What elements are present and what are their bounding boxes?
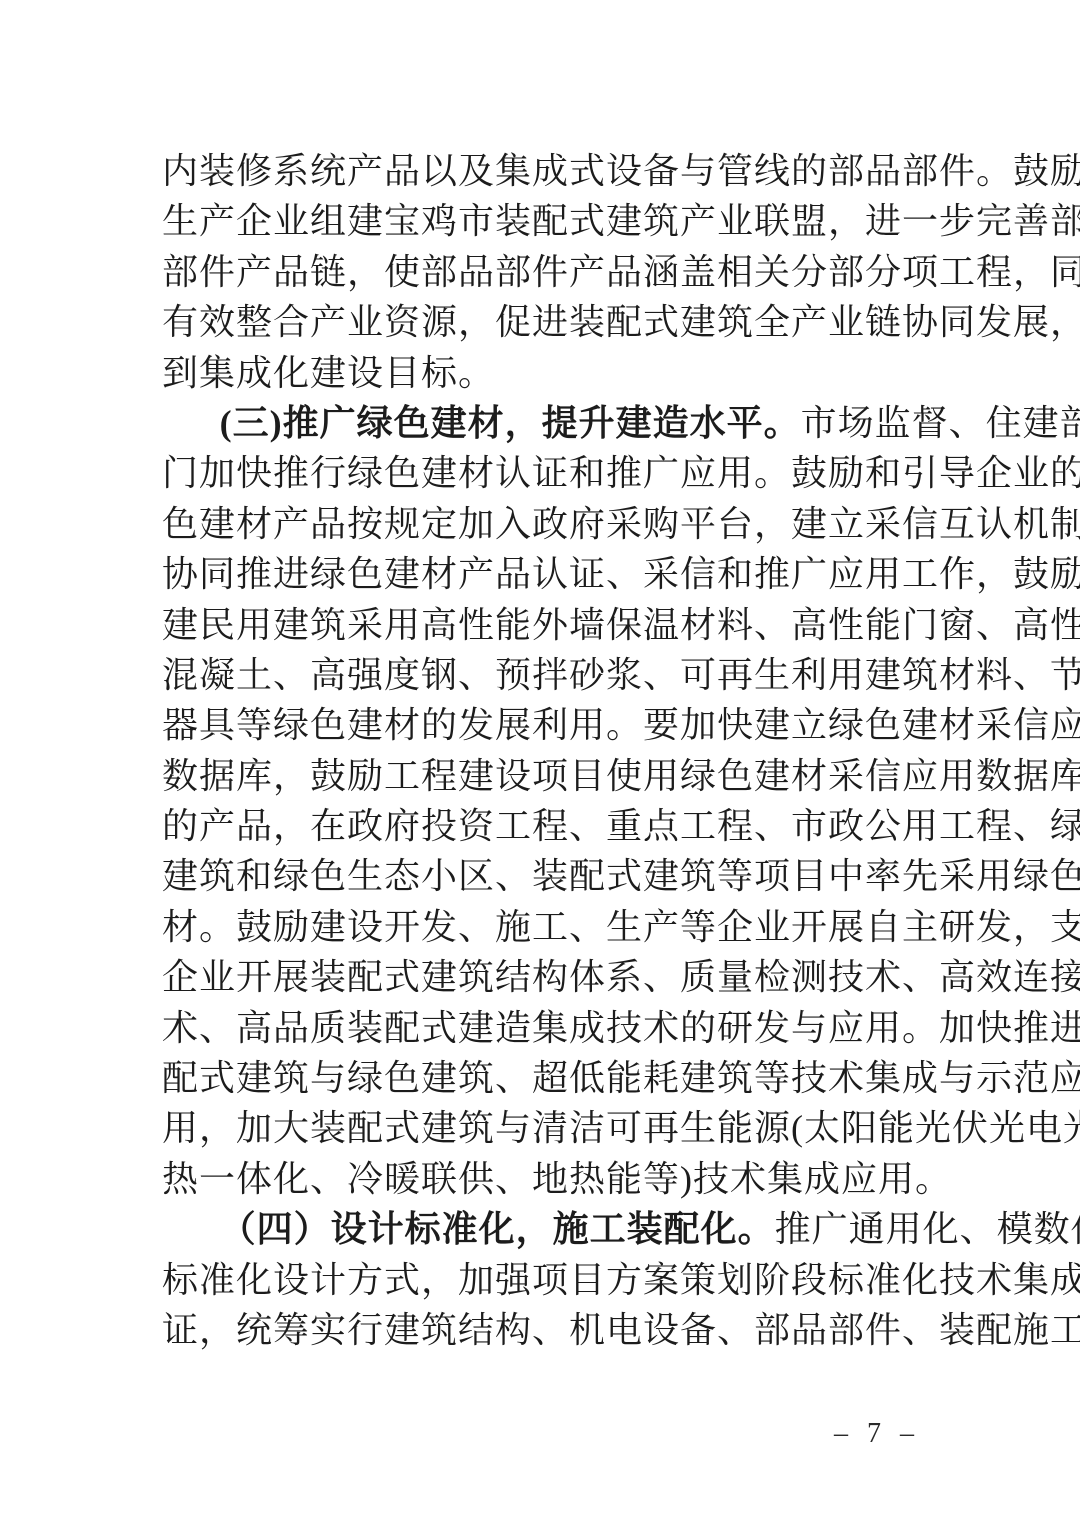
text-line: 生产企业组建宝鸡市装配式建筑产业联盟，进一步完善部品	[162, 196, 910, 246]
body-text: 到集成化建设目标。	[162, 353, 495, 393]
text-line: 到集成化建设目标。	[162, 348, 910, 398]
text-line: 数据库，鼓励工程建设项目使用绿色建材采信应用数据库中	[162, 751, 910, 801]
body-text: 器具等绿色建材的发展利用。要加快建立绿色建材采信应用	[162, 705, 1080, 745]
body-text: 术、高品质装配式建造集成技术的研发与应用。加快推进装	[162, 1008, 1080, 1048]
body-text: 混凝土、高强度钢、预拌砂浆、可再生利用建筑材料、节水	[162, 655, 1080, 695]
body-text: 市场监督、住建部	[801, 403, 1080, 443]
body-text: 标准化设计方式，加强项目方案策划阶段标准化技术集成论	[162, 1260, 1080, 1300]
text-line: 器具等绿色建材的发展利用。要加快建立绿色建材采信应用	[162, 700, 910, 750]
body-text: 配式建筑与绿色建筑、超低能耗建筑等技术集成与示范应	[162, 1058, 1080, 1098]
body-text: 企业开展装配式建筑结构体系、质量检测技术、高效连接技	[162, 957, 1080, 997]
body-text: 部件产品链，使部品部件产品涵盖相关分部分项工程，同时	[162, 252, 1080, 292]
text-line: 的产品，在政府投资工程、重点工程、市政公用工程、绿色	[162, 801, 910, 851]
body-text: 协同推进绿色建材产品认证、采信和推广应用工作，鼓励新	[162, 554, 1080, 594]
text-line: 建筑和绿色生态小区、装配式建筑等项目中率先采用绿色建	[162, 851, 910, 901]
body-text: 色建材产品按规定加入政府采购平台，建立采信互认机制，	[162, 504, 1080, 544]
text-line: 术、高品质装配式建造集成技术的研发与应用。加快推进装	[162, 1003, 910, 1053]
text-line: 有效整合产业资源，促进装配式建筑全产业链协同发展，达	[162, 297, 910, 347]
body-text: 内装修系统产品以及集成式设备与管线的部品部件。鼓励各	[162, 151, 1080, 191]
text-line: 材。鼓励建设开发、施工、生产等企业开展自主研发，支持	[162, 902, 910, 952]
text-line: 色建材产品按规定加入政府采购平台，建立采信互认机制，	[162, 499, 910, 549]
document-page: 内装修系统产品以及集成式设备与管线的部品部件。鼓励各生产企业组建宝鸡市装配式建筑…	[0, 0, 1080, 1527]
body-text: 数据库，鼓励工程建设项目使用绿色建材采信应用数据库中	[162, 756, 1080, 796]
body-text: 生产企业组建宝鸡市装配式建筑产业联盟，进一步完善部品	[162, 201, 1080, 241]
heading-text: (三)推广绿色建材，提升建造水平。	[220, 403, 801, 443]
heading-text: （四）设计标准化，施工装配化。	[220, 1209, 775, 1249]
text-line: 协同推进绿色建材产品认证、采信和推广应用工作，鼓励新	[162, 549, 910, 599]
text-line: (三)推广绿色建材，提升建造水平。市场监督、住建部	[162, 398, 910, 448]
text-line: 混凝土、高强度钢、预拌砂浆、可再生利用建筑材料、节水	[162, 650, 910, 700]
body-text: 热一体化、冷暖联供、地热能等)技术集成应用。	[162, 1159, 952, 1199]
text-line: 建民用建筑采用高性能外墙保温材料、高性能门窗、高性能	[162, 600, 910, 650]
text-line: 用，加大装配式建筑与清洁可再生能源(太阳能光伏光电光	[162, 1103, 910, 1153]
text-line: 门加快推行绿色建材认证和推广应用。鼓励和引导企业的绿	[162, 448, 910, 498]
text-line: （四）设计标准化，施工装配化。推广通用化、模数化、	[162, 1204, 910, 1254]
body-text: 门加快推行绿色建材认证和推广应用。鼓励和引导企业的绿	[162, 453, 1080, 493]
text-line: 标准化设计方式，加强项目方案策划阶段标准化技术集成论	[162, 1255, 910, 1305]
body-text: 证，统筹实行建筑结构、机电设备、部品部件、装配施工、	[162, 1310, 1080, 1350]
text-line: 证，统筹实行建筑结构、机电设备、部品部件、装配施工、	[162, 1305, 910, 1355]
page-number: – 7 –	[834, 1418, 920, 1450]
text-line: 部件产品链，使部品部件产品涵盖相关分部分项工程，同时	[162, 247, 910, 297]
body-text: 的产品，在政府投资工程、重点工程、市政公用工程、绿色	[162, 806, 1080, 846]
text-line: 配式建筑与绿色建筑、超低能耗建筑等技术集成与示范应	[162, 1053, 910, 1103]
body-text: 用，加大装配式建筑与清洁可再生能源(太阳能光伏光电光	[162, 1108, 1080, 1148]
document-body: 内装修系统产品以及集成式设备与管线的部品部件。鼓励各生产企业组建宝鸡市装配式建筑…	[162, 146, 910, 1355]
text-line: 内装修系统产品以及集成式设备与管线的部品部件。鼓励各	[162, 146, 910, 196]
body-text: 材。鼓励建设开发、施工、生产等企业开展自主研发，支持	[162, 907, 1080, 947]
body-text: 建民用建筑采用高性能外墙保温材料、高性能门窗、高性能	[162, 605, 1080, 645]
body-text: 有效整合产业资源，促进装配式建筑全产业链协同发展，达	[162, 302, 1080, 342]
body-text: 推广通用化、模数化、	[775, 1209, 1080, 1249]
body-text: 建筑和绿色生态小区、装配式建筑等项目中率先采用绿色建	[162, 856, 1080, 896]
text-line: 热一体化、冷暖联供、地热能等)技术集成应用。	[162, 1154, 910, 1204]
text-line: 企业开展装配式建筑结构体系、质量检测技术、高效连接技	[162, 952, 910, 1002]
